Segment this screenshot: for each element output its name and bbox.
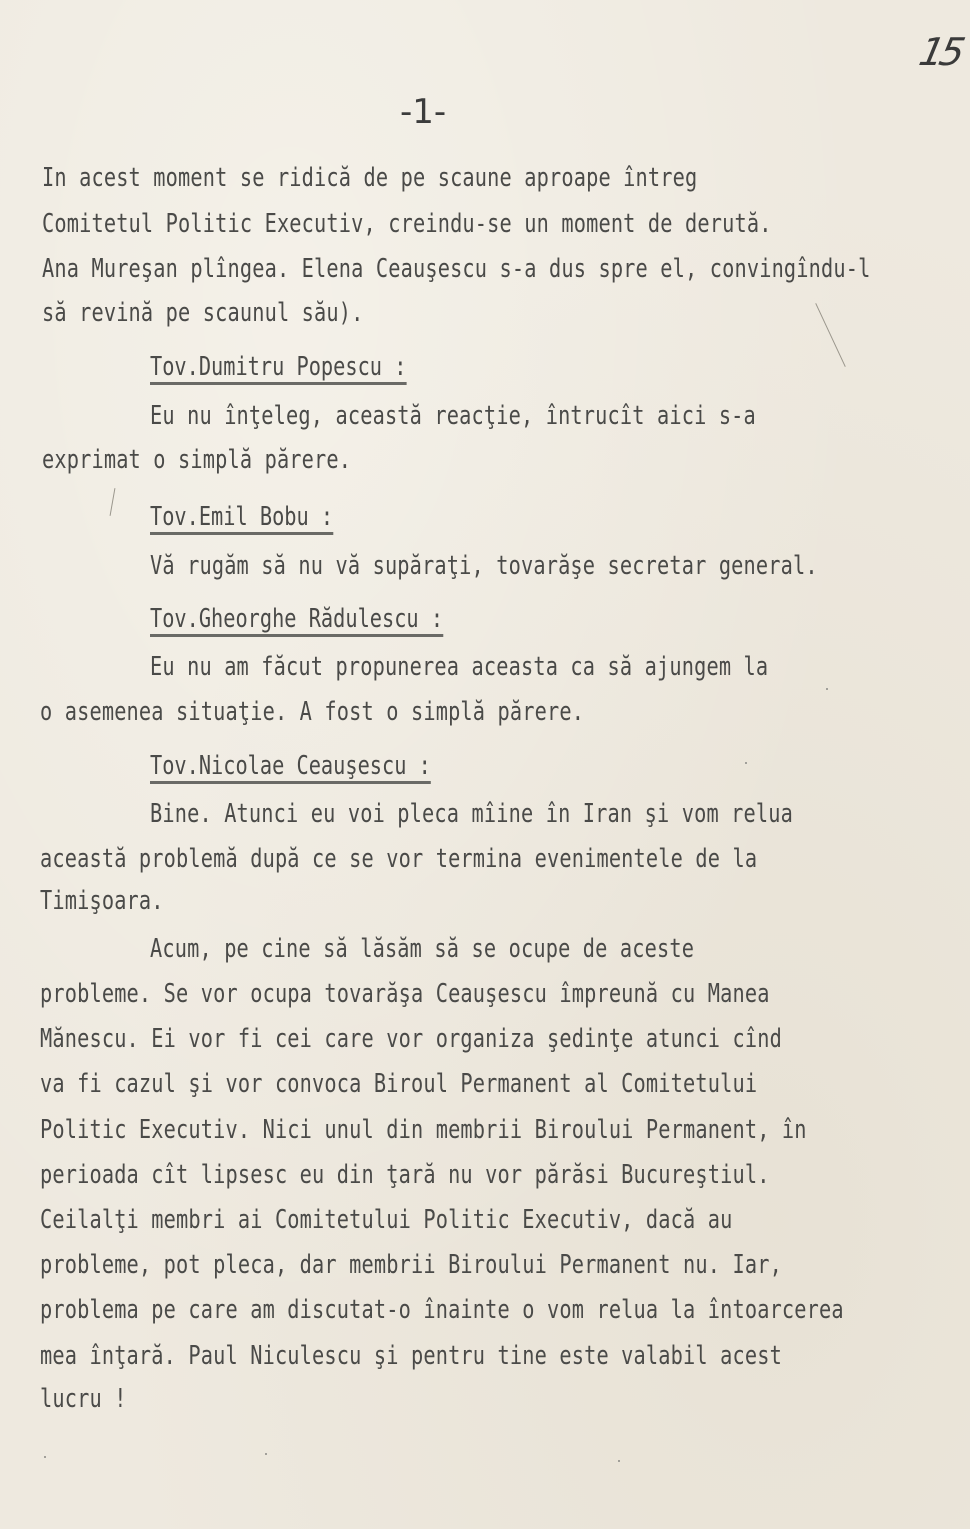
speaker-heading: Tov.Nicolae Ceauşescu : (150, 751, 431, 784)
speech-line: Timişoara. (40, 886, 164, 916)
pen-mark (815, 303, 845, 367)
speech-line: probleme, pot pleca, dar membrii Biroulu… (40, 1250, 782, 1280)
speech-line: problema pe care am discutat-o înainte o… (40, 1295, 844, 1325)
pen-mark (110, 488, 116, 516)
speaker-heading: Tov.Dumitru Popescu : (150, 352, 406, 385)
speech-line: perioada cît lipsesc eu din ţară nu vor … (40, 1160, 770, 1190)
speech-line: Eu nu am făcut propunerea aceasta ca să … (150, 652, 768, 682)
speech-line: Ceilalţi membri ai Comitetului Politic E… (40, 1205, 732, 1235)
page-number: -1- (400, 92, 446, 132)
speech-line: lucru ! (40, 1384, 127, 1414)
speck (826, 688, 828, 690)
speck (618, 1460, 620, 1462)
speech-line: va fi cazul şi vor convoca Biroul Perman… (40, 1069, 757, 1099)
speck (265, 1453, 267, 1455)
narrative-line: Comitetul Politic Executiv, creindu-se u… (42, 209, 772, 239)
speech-line: Politic Executiv. Nici unul din membrii … (40, 1115, 807, 1145)
speck (44, 1456, 46, 1458)
speech-line: exprimat o simplă părere. (42, 445, 351, 475)
speech-line: mea înţară. Paul Niculescu şi pentru tin… (40, 1341, 782, 1371)
speech-line: probleme. Se vor ocupa tovarăşa Ceauşesc… (40, 979, 770, 1009)
speech-line: Vă rugăm să nu vă supăraţi, tovarăşe sec… (150, 551, 818, 581)
speech-line: această problemă după ce se vor termina … (40, 844, 757, 874)
speech-line: Acum, pe cine să lăsăm să se ocupe de ac… (150, 934, 694, 964)
speck (745, 762, 747, 764)
narrative-line: In acest moment se ridică de pe scaune a… (42, 163, 697, 193)
speech-line: Bine. Atunci eu voi pleca mîine în Iran … (150, 799, 793, 829)
narrative-line: să revină pe scaunul său). (42, 298, 364, 328)
speech-line: o asemenea situaţie. A fost o simplă păr… (40, 697, 584, 727)
speaker-heading: Tov.Emil Bobu : (150, 502, 333, 535)
speaker-heading: Tov.Gheorghe Rădulescu : (150, 604, 443, 637)
narrative-line: Ana Mureşan plîngea. Elena Ceauşescu s-a… (42, 254, 871, 284)
folio-number: 15 (915, 30, 965, 74)
speech-line: Eu nu înţeleg, această reacţie, întrucît… (150, 401, 756, 431)
speech-line: Mănescu. Ei vor fi cei care vor organiza… (40, 1024, 782, 1054)
document-page: 15 -1- In acest moment se ridică de pe s… (0, 0, 970, 1529)
